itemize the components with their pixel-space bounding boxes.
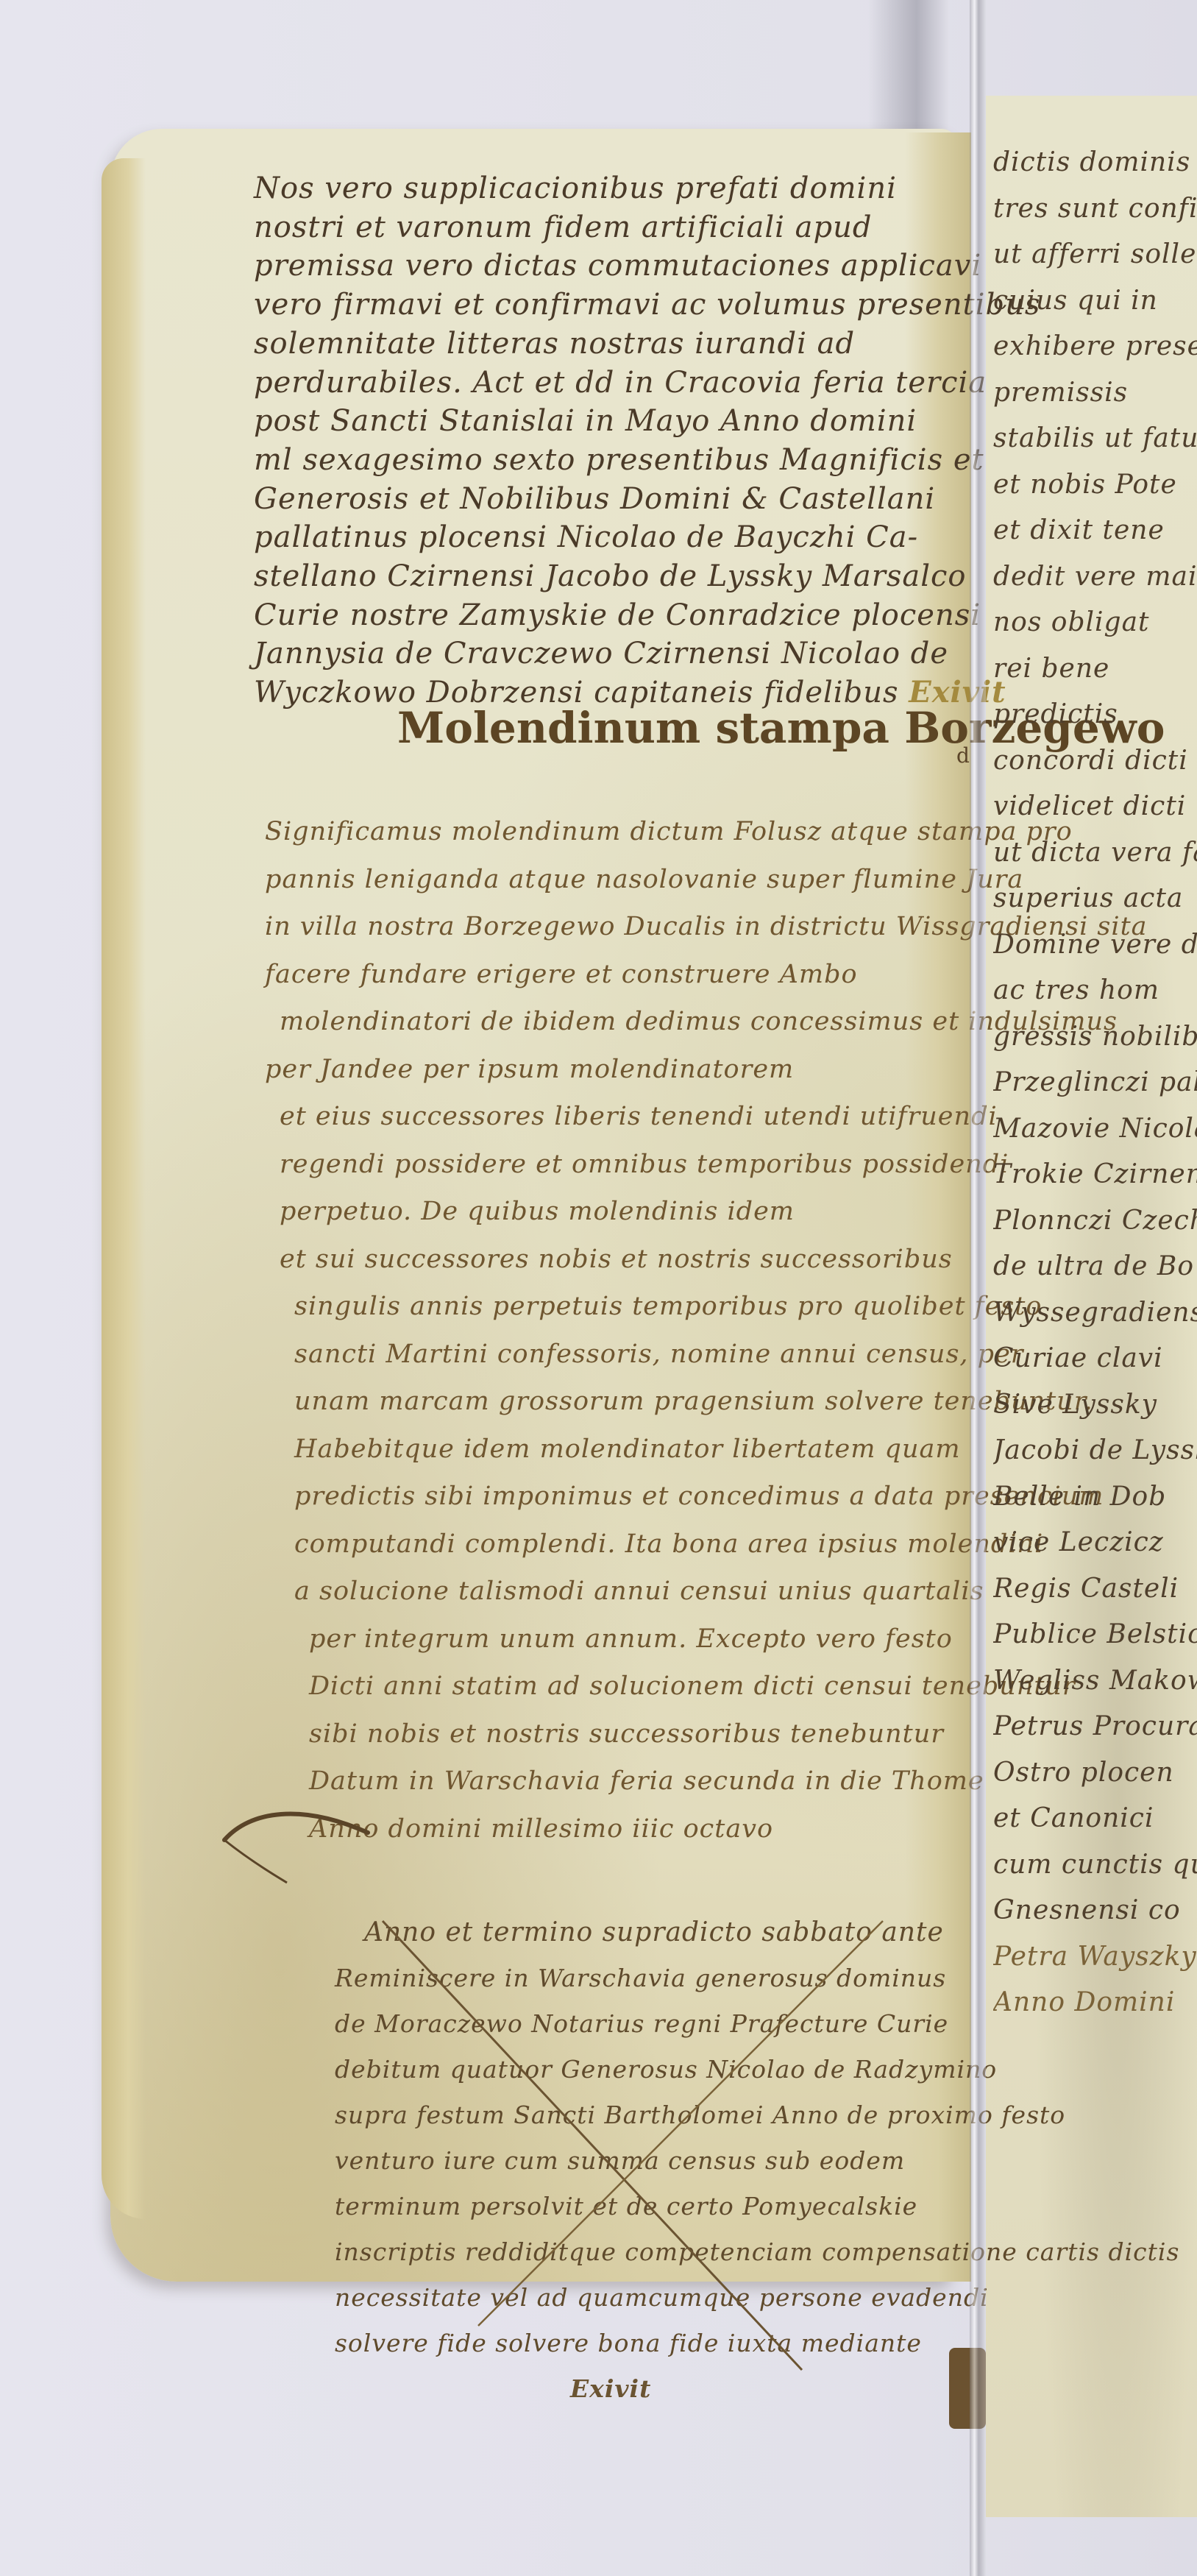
right-page-line: ac tres hom bbox=[993, 968, 1197, 1014]
right-page-line: et Canonici bbox=[993, 1796, 1197, 1842]
right-page-line: dictis dominis Crac bbox=[993, 140, 1197, 186]
right-page-text: dictis dominis Crac tres sunt confirma u… bbox=[993, 140, 1197, 2026]
entry-1-line: solemnitate litteras nostras iurandi ad bbox=[254, 325, 953, 364]
entry-3-line: Reminiscere in Warschavia generosus domi… bbox=[335, 1956, 953, 2001]
right-page-line: nos obligat bbox=[993, 600, 1197, 646]
right-page-line: Petra Wayszky bbox=[993, 1934, 1197, 1981]
entry-2-line: et sui successores nobis et nostris succ… bbox=[265, 1236, 956, 1284]
entry-2-line: in villa nostra Borzegewo Ducalis in dis… bbox=[265, 903, 956, 951]
entry-2-line: Significamus molendinum dictum Folusz at… bbox=[265, 808, 956, 856]
entry-2-line: molendinatori de ibidem dedimus concessi… bbox=[265, 998, 956, 1046]
right-page-line: tres sunt confirma bbox=[993, 186, 1197, 233]
entry-2-line: facere fundare erigere et construere Amb… bbox=[265, 951, 956, 999]
entry-3-line: debitum quatuor Generosus Nicolao de Rad… bbox=[335, 2047, 953, 2092]
entry-3-line: necessitate vel ad quamcumque persone ev… bbox=[335, 2275, 953, 2321]
right-page-line: Wegliss Makow bbox=[993, 1658, 1197, 1705]
entry-2-line: Habebitque idem molendinator libertatem … bbox=[265, 1426, 956, 1473]
entry-1-line: nostri et varonum fidem artificiali apud bbox=[254, 208, 953, 247]
right-page-line: cum cunctis qui bbox=[993, 1842, 1197, 1889]
entry-3-line: de Moraczewo Notarius regni Prafecture C… bbox=[335, 2001, 953, 2047]
entry-1-line: Nos vero supplicacionibus prefati domini bbox=[254, 169, 953, 208]
right-page-line: dedit vere maius bbox=[993, 554, 1197, 601]
right-page-line: concordi dicti bbox=[993, 738, 1197, 785]
glass-clamp-rod bbox=[970, 0, 986, 2576]
right-page-line: ut afferri solle bbox=[993, 232, 1197, 278]
entry-1-line: vero firmavi et confirmavi ac volumus pr… bbox=[254, 286, 953, 325]
entry-2-line: computandi complendi. Ita bona area ipsi… bbox=[265, 1521, 956, 1568]
right-page-line: stabilis ut fatu bbox=[993, 416, 1197, 462]
right-page-line: et dixit tene bbox=[993, 508, 1197, 554]
right-page-line: et nobis Pote bbox=[993, 462, 1197, 509]
right-page-line: ut dicta vera fa bbox=[993, 830, 1197, 877]
entry-1-line: pallatinus plocensi Nicolao de Bayczhi C… bbox=[254, 518, 953, 557]
entry-2-line: per integrum unum annum. Excepto vero fe… bbox=[265, 1616, 956, 1663]
entry-1-line: Generosis et Nobilibus Domini & Castella… bbox=[254, 480, 953, 519]
right-page-line: vice Leczicz bbox=[993, 1520, 1197, 1566]
entry-2-line: sancti Martini confessoris, nomine annui… bbox=[265, 1331, 956, 1379]
exivit-signature: Exivit bbox=[335, 2366, 953, 2412]
entry-1-line: perdurabiles. Act et dd in Cracovia feri… bbox=[254, 364, 953, 403]
entry-2-line: unam marcam grossorum pragensium solvere… bbox=[265, 1378, 956, 1426]
entry-2-line: predictis sibi imponimus et concedimus a… bbox=[265, 1473, 956, 1521]
right-page-line: Ostro plocen bbox=[993, 1750, 1197, 1797]
right-page-line: Gnesnensi co bbox=[993, 1888, 1197, 1934]
entry-2-line: et eius successores liberis tenendi uten… bbox=[265, 1093, 956, 1141]
entry-2-charter-text: Significamus molendinum dictum Folusz at… bbox=[265, 808, 956, 1853]
entry-1-line: premissa vero dictas commutaciones appli… bbox=[254, 247, 953, 286]
right-page-line: de ultra de Bo bbox=[993, 1244, 1197, 1290]
right-page-line: Petrus Procura bbox=[993, 1704, 1197, 1750]
entry-3-cancelled-text: Anno et termino supradicto sabbato ante … bbox=[335, 1910, 953, 2412]
entry-1-line: stellano Czirnensi Jacobo de Lyssky Mars… bbox=[254, 557, 953, 596]
entry-3-line: supra festum Sancti Bartholomei Anno de … bbox=[335, 2092, 953, 2138]
entry-3-line: terminum persolvit et de certo Pomyecals… bbox=[335, 2184, 953, 2229]
entry-2-line: Dicti anni statim ad solucionem dicti ce… bbox=[265, 1663, 956, 1710]
right-page-line: videlicet dicti bbox=[993, 784, 1197, 830]
right-page-line: Wyssegradiensi bbox=[993, 1290, 1197, 1337]
right-page-line: Regis Casteli bbox=[993, 1566, 1197, 1613]
right-page-line: Jacobi de Lyssky bbox=[993, 1428, 1197, 1474]
right-page-line: Belle in Dob bbox=[993, 1474, 1197, 1521]
right-page-line: gressis nobilib bbox=[993, 1014, 1197, 1061]
right-page-line: Trokie Czirnen bbox=[993, 1152, 1197, 1198]
right-page-line: rei bene bbox=[993, 646, 1197, 693]
right-page-line: exhibere presen bbox=[993, 324, 1197, 370]
entry-2-line: singulis annis perpetuis temporibus pro … bbox=[265, 1283, 956, 1331]
right-page-line: Sive Lyssky bbox=[993, 1382, 1197, 1429]
entry-1-line: post Sancti Stanislai in Mayo Anno domin… bbox=[254, 402, 953, 441]
entry-3-line: venturo iure cum summa census sub eodem bbox=[335, 2138, 953, 2184]
entry-3-line: Anno et termino supradicto sabbato ante bbox=[335, 1910, 953, 1956]
entry-1-line: ml sexagesimo sexto presentibus Magnific… bbox=[254, 441, 953, 480]
right-page-line: Curiae clavi bbox=[993, 1336, 1197, 1382]
right-page-line: Publice Belsticz bbox=[993, 1612, 1197, 1658]
entry-2-line: per Jandee per ipsum molendinatorem bbox=[265, 1046, 956, 1094]
right-page-line: Domine vere dea bbox=[993, 922, 1197, 969]
entry-1-text: Nos vero supplicacionibus prefati domini… bbox=[254, 169, 953, 712]
margin-note: d bbox=[956, 743, 970, 768]
right-page-line: Plonnczi Czecho bbox=[993, 1198, 1197, 1245]
entry-2-line: pannis leniganda atque nasolovanie super… bbox=[265, 856, 956, 904]
right-page-line: Anno Domini bbox=[993, 1980, 1197, 2026]
right-page-line: Przeglinczi pal bbox=[993, 1060, 1197, 1106]
entry-2-line: sibi nobis et nostris successoribus tene… bbox=[265, 1710, 956, 1758]
entry-2-line: perpetuo. De quibus molendinis idem bbox=[265, 1188, 956, 1236]
entry-1-line: Curie nostre Zamyskie de Conradzice ploc… bbox=[254, 596, 953, 635]
right-page-line: Mazovie Nicolai bbox=[993, 1106, 1197, 1153]
margin-flourish-icon bbox=[221, 1796, 383, 1884]
entry-3-line: inscriptis reddiditque competenciam comp… bbox=[335, 2229, 953, 2275]
right-page-line: premissis bbox=[993, 370, 1197, 417]
right-page-line: predictis bbox=[993, 692, 1197, 738]
right-page-line: superius acta bbox=[993, 876, 1197, 922]
right-page-line: cuius qui in bbox=[993, 278, 1197, 325]
entry-2-line: a solucione talismodi annui censui unius… bbox=[265, 1568, 956, 1616]
entry-1-line: Jannysia de Cravczewo Czirnensi Nicolao … bbox=[254, 634, 953, 673]
entry-3-line: solvere fide solvere bona fide iuxta med… bbox=[335, 2321, 953, 2366]
entry-2-line: regendi possidere et omnibus temporibus … bbox=[265, 1141, 956, 1189]
